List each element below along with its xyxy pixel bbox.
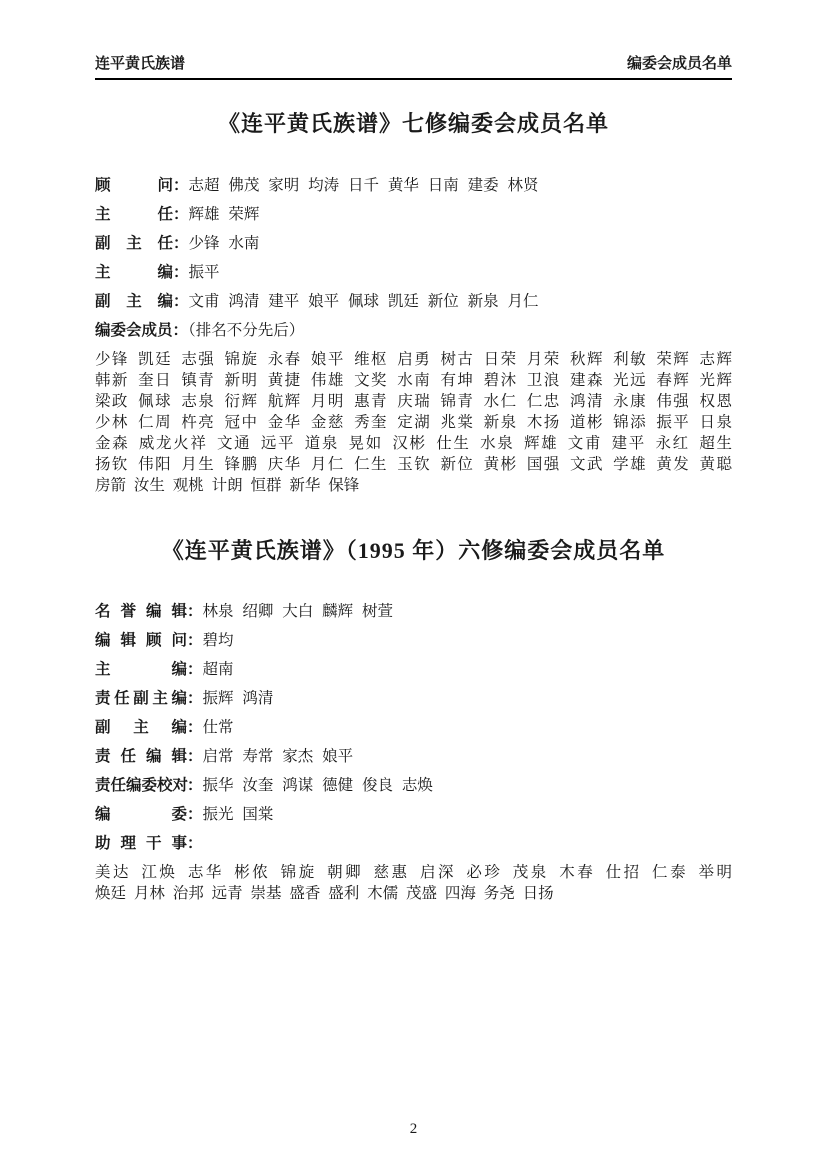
member-row: 少锋 凯廷 志强 锦旋 永春 娘平 维枢 启勇 树古 日荣 月荣 秋辉 利敏 荣… [95, 349, 732, 370]
member-row: 韩新 奎日 镇青 新明 黄捷 伟雄 文奖 水南 有坤 碧沐 卫浪 建森 光远 春… [95, 370, 732, 391]
page-footer: 2 [0, 1121, 827, 1138]
members-note: （排名不分先后） [188, 322, 304, 339]
section6-roles: 名誉编辑：林泉 绍卿 大白 麟辉 树萱 编辑顾问：碧均 主编：超南 责任副主编：… [95, 601, 732, 854]
role-colon: ： [173, 264, 189, 281]
role-label: 主任 [95, 204, 173, 225]
member-row: 美达 江焕 志华 彬侬 锦旋 朝卿 慈惠 启深 必珍 茂泉 木春 仕招 仁泰 举… [95, 862, 732, 883]
role-label: 编辑顾问 [95, 630, 187, 651]
role-names: 启常 寿常 家杰 娘平 [203, 748, 354, 765]
role-names: 振辉 鸿清 [203, 690, 274, 707]
role-label: 助理干事 [95, 833, 187, 854]
role-names: 振平 [189, 264, 220, 281]
role-colon: ： [173, 177, 189, 194]
section6-title: 《连平黄氏族谱》（1995 年）六修编委会成员名单 [95, 534, 732, 565]
role-label: 责任编辑 [95, 746, 187, 767]
role-row-director: 主任：辉雄 荣辉 [95, 204, 732, 225]
role-names: 仕常 [203, 719, 234, 736]
role-row-assistant-staff: 助理干事： [95, 833, 732, 854]
role-row-committee-members: 编委会成员：（排名不分先后） [95, 320, 732, 341]
role-row-deputy-director: 副主任：少锋 水南 [95, 233, 732, 254]
member-row: 梁政 佩球 志泉 衍辉 航辉 月明 惠青 庆瑞 锦青 水仁 仁忠 鸿清 永康 伟… [95, 391, 732, 412]
header-book-title: 连平黄氏族谱 [95, 52, 185, 73]
role-row-responsible-deputy-chief-editor: 责任副主编：振辉 鸿清 [95, 688, 732, 709]
role-colon: ： [173, 293, 189, 310]
section7-member-list: 少锋 凯廷 志强 锦旋 永春 娘平 维枢 启勇 树古 日荣 月荣 秋辉 利敏 荣… [95, 349, 732, 496]
role-colon: ： [173, 322, 189, 339]
role-colon: ： [187, 806, 203, 823]
member-row: 房箭 汝生 观桃 计朗 恒群 新华 保锋 [95, 475, 732, 496]
role-row-committee: 编委：振光 国棠 [95, 804, 732, 825]
role-colon: ： [187, 719, 203, 736]
role-names: 志超 佛茂 家明 均涛 日千 黄华 日南 建委 林贤 [189, 177, 539, 194]
role-colon: ： [187, 661, 203, 678]
role-colon: ： [187, 777, 203, 794]
role-colon: ： [173, 206, 189, 223]
role-colon: ： [187, 632, 203, 649]
role-row-chief-editor: 主编：振平 [95, 262, 732, 283]
member-row: 少林 仁周 杵亮 冠中 金华 金慈 秀奎 定湖 兆棠 新泉 木扬 道彬 锦添 振… [95, 412, 732, 433]
section7-title: 《连平黄氏族谱》七修编委会成员名单 [95, 107, 732, 138]
role-row-deputy-chief-editor: 副主编：文甫 鸿清 建平 娘平 佩球 凯廷 新位 新泉 月仁 [95, 291, 732, 312]
header-chapter-title: 编委会成员名单 [627, 52, 732, 73]
role-names: 林泉 绍卿 大白 麟辉 树萱 [203, 603, 394, 620]
role-row-chief-editor: 主编：超南 [95, 659, 732, 680]
role-row-responsible-proofreaders: 责任编委校对：振华 汝奎 鸿谋 德健 俊良 志焕 [95, 775, 732, 796]
role-names: 超南 [203, 661, 234, 678]
role-colon: ： [187, 603, 203, 620]
role-label: 责任编委校对 [95, 775, 187, 796]
role-row-honorary-editors: 名誉编辑：林泉 绍卿 大白 麟辉 树萱 [95, 601, 732, 622]
role-colon: ： [187, 690, 203, 707]
role-names: 辉雄 荣辉 [189, 206, 260, 223]
page-number: 2 [410, 1121, 418, 1137]
role-names: 振光 国棠 [203, 806, 274, 823]
member-row: 焕廷 月林 治邦 远青 崇基 盛香 盛利 木儒 茂盛 四海 务尧 日扬 [95, 883, 732, 904]
role-colon: ： [187, 748, 203, 765]
role-colon: ： [187, 835, 203, 852]
role-label: 副主任 [95, 233, 173, 254]
role-label: 副主编 [95, 291, 173, 312]
section6-assistant-list: 美达 江焕 志华 彬侬 锦旋 朝卿 慈惠 启深 必珍 茂泉 木春 仕招 仁泰 举… [95, 862, 732, 904]
member-row: 扬钦 伟阳 月生 锋鹏 庆华 月仁 仁生 玉钦 新位 黄彬 国强 文武 学雄 黄… [95, 454, 732, 475]
section7-roles: 顾问：志超 佛茂 家明 均涛 日千 黄华 日南 建委 林贤 主任：辉雄 荣辉 副… [95, 175, 732, 341]
role-label: 顾问 [95, 175, 173, 196]
role-label: 责任副主编 [95, 688, 187, 709]
member-row: 金森 威龙火祥 文通 远平 道泉 晃如 汉彬 仕生 水泉 辉雄 文甫 建平 永红… [95, 433, 732, 454]
document-page: 连平黄氏族谱 编委会成员名单 《连平黄氏族谱》七修编委会成员名单 顾问：志超 佛… [0, 0, 827, 1170]
role-label: 主编 [95, 659, 187, 680]
role-names: 碧均 [203, 632, 234, 649]
page-header: 连平黄氏族谱 编委会成员名单 [95, 0, 732, 80]
role-names: 文甫 鸿清 建平 娘平 佩球 凯廷 新位 新泉 月仁 [189, 293, 539, 310]
role-row-responsible-editors: 责任编辑：启常 寿常 家杰 娘平 [95, 746, 732, 767]
role-label: 编委 [95, 804, 187, 825]
role-colon: ： [173, 235, 189, 252]
role-names: 振华 汝奎 鸿谋 德健 俊良 志焕 [203, 777, 433, 794]
role-label: 副主编 [95, 717, 187, 738]
role-label: 编委会成员 [95, 320, 173, 341]
role-row-advisors: 顾问：志超 佛茂 家明 均涛 日千 黄华 日南 建委 林贤 [95, 175, 732, 196]
role-label: 名誉编辑 [95, 601, 187, 622]
role-label: 主编 [95, 262, 173, 283]
role-row-deputy-chief-editor: 副主编：仕常 [95, 717, 732, 738]
role-row-editorial-advisor: 编辑顾问：碧均 [95, 630, 732, 651]
role-names: 少锋 水南 [189, 235, 260, 252]
